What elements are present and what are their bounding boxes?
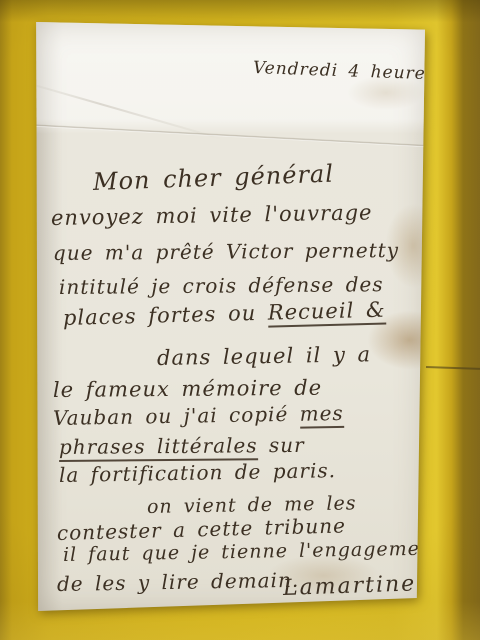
letter-line: places fortes ou Recueil & xyxy=(63,298,386,330)
letter-dateline: Vendredi 4 heures. xyxy=(253,58,443,85)
letter-paper: Vendredi 4 heures. Mon cher général envo… xyxy=(35,22,425,611)
letter-line: que m'a prêté Victor pernetty xyxy=(53,238,399,265)
letter-line: envoyez moi vite l'ouvrage xyxy=(51,200,373,230)
letter-paper-shadow: Vendredi 4 heures. Mon cher général envo… xyxy=(35,22,425,611)
letter-salutation: Mon cher général xyxy=(93,160,335,196)
letter-line: de les y lire demain. xyxy=(57,568,300,596)
letter-line: la fortification de paris. xyxy=(59,458,336,487)
letter-line: phrases littérales sur xyxy=(59,433,305,459)
letter-photograph: Vendredi 4 heures. Mon cher général envo… xyxy=(0,0,480,640)
fold-crease xyxy=(35,124,425,147)
underlined-word: mes xyxy=(299,401,344,429)
letter-line: Vauban ou j'ai copié mes xyxy=(53,401,344,430)
letter-line: dans lequel il y a xyxy=(157,342,371,370)
letter-line-text: places fortes ou xyxy=(63,301,268,330)
letter-line-text: sur xyxy=(257,433,304,457)
underlined-word: phrases littérales xyxy=(59,433,258,462)
letter-line: intitulé je crois défense des xyxy=(59,272,384,299)
letter-line-text: Vauban ou j'ai copié xyxy=(53,402,300,430)
letter-signature: Lamartine. xyxy=(283,571,426,601)
letter-line: le fameux mémoire de xyxy=(53,376,322,402)
underlined-word: Recueil & xyxy=(268,298,386,328)
